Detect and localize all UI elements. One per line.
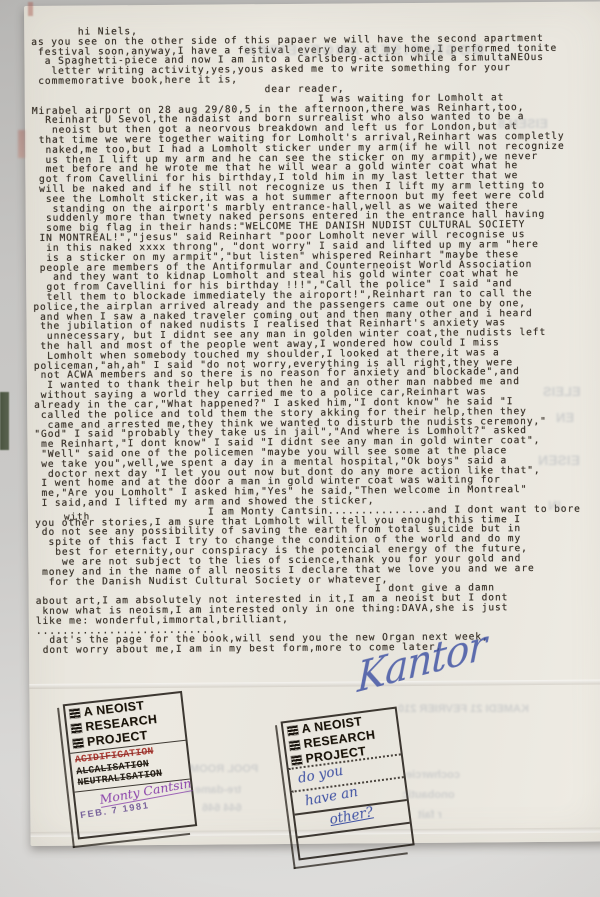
photo-background: hi Niels, as you see on the other side o… bbox=[0, 0, 600, 897]
red-bleed-mark bbox=[18, 130, 25, 158]
ghost-text: EN bbox=[556, 410, 574, 425]
flag-icon bbox=[291, 755, 302, 765]
ghost-text: IN bbox=[548, 498, 561, 513]
flag-icon bbox=[73, 738, 84, 748]
handwritten-note: other? bbox=[328, 804, 374, 828]
flag-icon bbox=[71, 723, 82, 733]
paper-crease bbox=[29, 679, 600, 689]
neoist-stamp-left: A NEOIST RESEARCH PROJECT ACIDIFICATION … bbox=[63, 691, 198, 840]
flag-icon bbox=[69, 708, 80, 718]
typed-insertion: with bbox=[64, 511, 90, 522]
ghost-text: KAMEDI 21 FEVRIER 210 bbox=[398, 703, 529, 715]
neoist-stamp-right: A NEOIST RESEARCH PROJECT do you have an… bbox=[281, 706, 415, 860]
red-bleed-mark bbox=[28, 2, 33, 16]
ghost-text: EISEN 8 bbox=[498, 116, 548, 131]
ghost-text: r fait bbox=[418, 809, 442, 821]
ghost-text: ELEIS bbox=[543, 384, 581, 399]
ghost-text: onobautic bbox=[402, 789, 455, 801]
ghost-text: cochwrcie bbox=[406, 769, 460, 781]
ghost-text: 644 646 bbox=[202, 802, 242, 814]
background-object bbox=[0, 392, 9, 450]
ghost-text: tre-dame o bbox=[185, 784, 241, 796]
ghost-text: BOGELEISEN ANGELEISEN bbox=[242, 42, 483, 59]
handwritten-note: do you bbox=[297, 763, 345, 787]
ghost-text: POOL ROOM bbox=[190, 763, 258, 775]
ghost-text: EISEN bbox=[538, 452, 580, 468]
flag-icon bbox=[289, 740, 300, 750]
flag-icon bbox=[287, 725, 298, 735]
